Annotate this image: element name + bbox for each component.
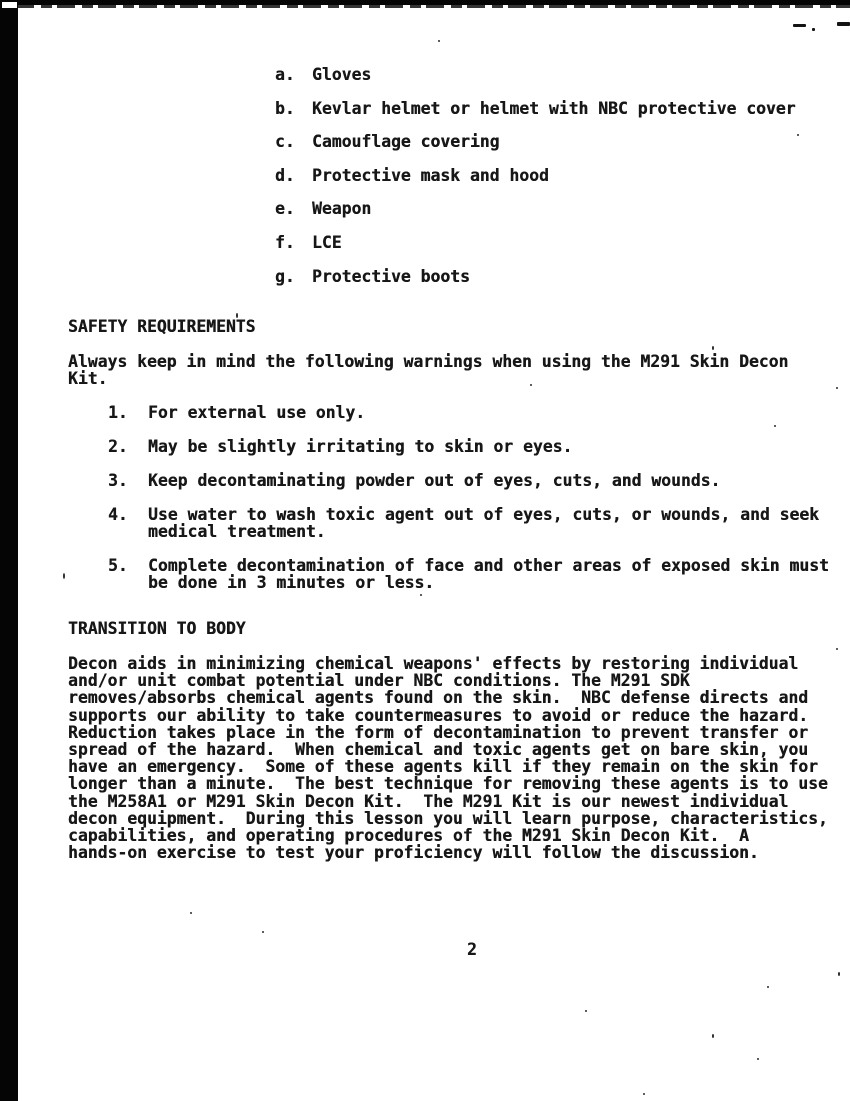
list-item-label: LCE — [312, 234, 342, 251]
list-item-label: Kevlar helmet or helmet with NBC protect… — [312, 100, 796, 117]
scan-speck — [836, 648, 838, 650]
list-item: d. Protective mask and hood — [275, 167, 796, 184]
scan-speck — [63, 573, 65, 579]
scan-speck — [643, 1093, 645, 1095]
scan-left-edge-bar — [0, 0, 18, 1101]
warning-text: Use water to wash toxic agent out of eye… — [148, 506, 819, 540]
list-marker: a. — [275, 66, 312, 83]
list-item: a. Gloves — [275, 66, 796, 83]
list-item: 5. Complete decontamination of face and … — [108, 557, 829, 591]
scan-speck — [438, 40, 440, 42]
warning-text: For external use only. — [148, 404, 365, 421]
scan-speck — [757, 1058, 759, 1060]
section-heading-transition-to-body: TRANSITION TO BODY — [68, 620, 246, 637]
warning-text: Complete decontamination of face and oth… — [148, 557, 829, 591]
safety-intro-paragraph: Always keep in mind the following warnin… — [68, 353, 788, 387]
scan-speck — [712, 346, 714, 350]
scan-speck — [797, 134, 799, 136]
scan-speck — [262, 931, 264, 933]
list-item-label: Protective mask and hood — [312, 167, 549, 184]
transition-body-paragraph: Decon aids in minimizing chemical weapon… — [68, 655, 828, 861]
list-item: 4. Use water to wash toxic agent out of … — [108, 506, 829, 540]
scan-speck — [838, 972, 840, 976]
list-item: 2. May be slightly irritating to skin or… — [108, 438, 829, 455]
list-marker: 1. — [108, 404, 148, 421]
list-item-label: Camouflage covering — [312, 133, 500, 150]
scan-dash-mark — [837, 22, 850, 26]
list-marker: f. — [275, 234, 312, 251]
scan-speck — [420, 594, 422, 596]
list-marker: g. — [275, 268, 312, 285]
list-item: 3. Keep decontaminating powder out of ey… — [108, 472, 829, 489]
list-marker: b. — [275, 100, 312, 117]
scan-speck — [836, 387, 838, 389]
list-item: g. Protective boots — [275, 268, 796, 285]
list-marker: d. — [275, 167, 312, 184]
section-heading-safety-requirements: SAFETY REQUIREMENTS — [68, 318, 256, 335]
list-item: f. LCE — [275, 234, 796, 251]
list-marker: 3. — [108, 472, 148, 489]
list-marker: e. — [275, 200, 312, 217]
equipment-list: a. Gloves b. Kevlar helmet or helmet wit… — [275, 66, 796, 285]
list-item: 1. For external use only. — [108, 404, 829, 421]
list-item: e. Weapon — [275, 200, 796, 217]
list-item-label: Gloves — [312, 66, 371, 83]
list-marker: 5. — [108, 557, 148, 591]
scanned-document-page: a. Gloves b. Kevlar helmet or helmet wit… — [0, 0, 850, 1101]
list-marker: 2. — [108, 438, 148, 455]
warning-text: May be slightly irritating to skin or ey… — [148, 438, 572, 455]
scan-dot-mark — [812, 28, 815, 31]
scan-top-edge-ragged — [0, 5, 850, 8]
list-item: b. Kevlar helmet or helmet with NBC prot… — [275, 100, 796, 117]
list-marker: 4. — [108, 506, 148, 540]
safety-warnings-list: 1. For external use only. 2. May be slig… — [108, 404, 829, 592]
scan-speck — [585, 1010, 587, 1012]
page-number: 2 — [467, 941, 477, 958]
list-item: c. Camouflage covering — [275, 133, 796, 150]
scan-corner-notch — [2, 2, 17, 8]
scan-speck — [767, 986, 769, 988]
list-item-label: Weapon — [312, 200, 371, 217]
warning-text: Keep decontaminating powder out of eyes,… — [148, 472, 720, 489]
list-marker: c. — [275, 133, 312, 150]
list-item-label: Protective boots — [312, 268, 470, 285]
scan-speck — [190, 912, 192, 914]
scan-dash-mark — [793, 24, 806, 27]
scan-speck — [712, 1034, 714, 1038]
